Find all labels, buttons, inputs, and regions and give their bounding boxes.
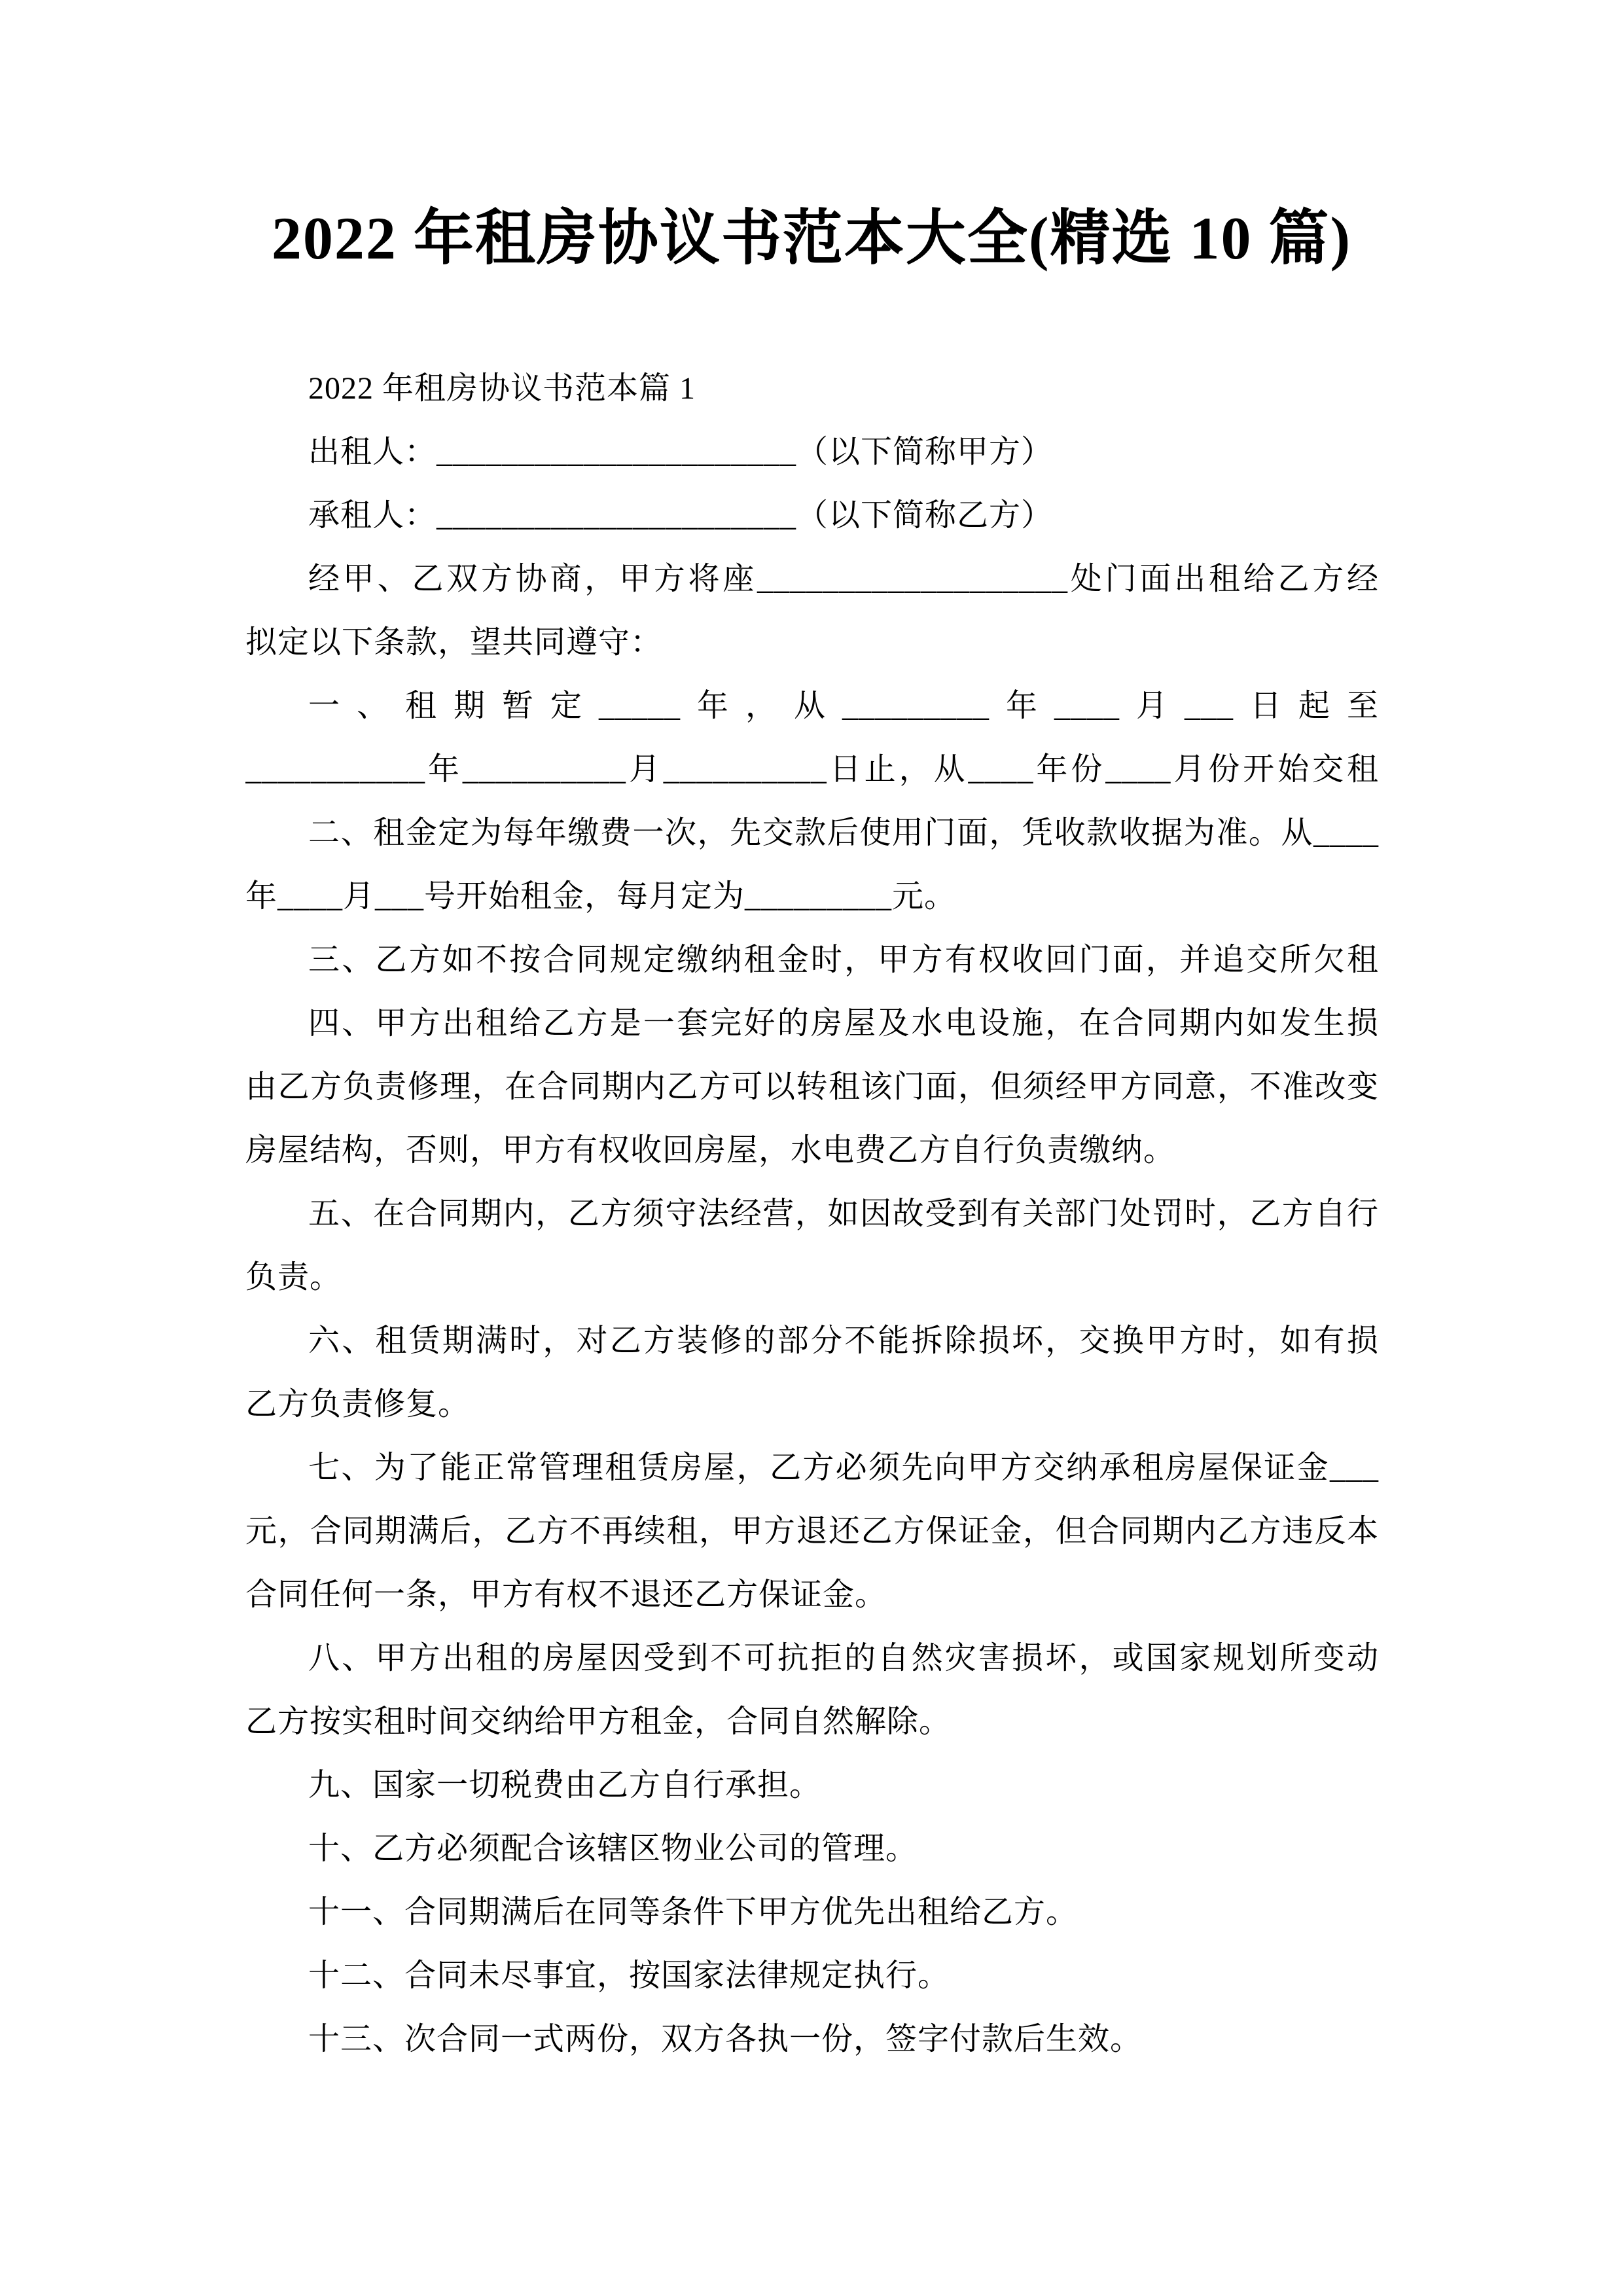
paragraph-line: 承租人：______________________（以下简称乙方）: [245, 484, 1379, 547]
paragraph-line: 由乙方负责修理，在合同期内乙方可以转租该门面，但须经甲方同意，不准改变: [245, 1055, 1379, 1119]
paragraph-line: 元，合同期满后，乙方不再续租，甲方退还乙方保证金，但合同期内乙方违反本: [245, 1499, 1379, 1563]
paragraph-line: 一、租期暂定_____年，从_________年____月___日起至: [245, 674, 1379, 738]
paragraph-line: 十、乙方必须配合该辖区物业公司的管理。: [245, 1817, 1379, 1880]
paragraph-line: 房屋结构，否则，甲方有权收回房屋，水电费乙方自行负责缴纳。: [245, 1119, 1379, 1182]
paragraph-line: 九、国家一切税费由乙方自行承担。: [245, 1753, 1379, 1817]
paragraph-line: 合同任何一条，甲方有权不退还乙方保证金。: [245, 1563, 1379, 1626]
document-body: 2022 年租房协议书范本篇 1出租人：____________________…: [245, 357, 1379, 2071]
paragraph-line: ___________年__________月__________日止，从___…: [245, 738, 1379, 801]
paragraph-line: 八、甲方出租的房屋因受到不可抗拒的自然灾害损坏，或国家规划所变动时，: [245, 1626, 1379, 1690]
paragraph-line: 四、甲方出租给乙方是一套完好的房屋及水电设施，在合同期内如发生损坏，: [245, 992, 1379, 1055]
paragraph-line: 乙方负责修复。: [245, 1372, 1379, 1436]
paragraph-line: 七、为了能正常管理租赁房屋，乙方必须先向甲方交纳承租房屋保证金___: [245, 1436, 1379, 1499]
paragraph-line: 乙方按实租时间交纳给甲方租金，合同自然解除。: [245, 1690, 1379, 1753]
paragraph-line: 2022 年租房协议书范本篇 1: [245, 357, 1379, 420]
paragraph-line: 十二、合同未尽事宜，按国家法律规定执行。: [245, 1944, 1379, 2007]
paragraph-line: 拟定以下条款，望共同遵守：: [245, 611, 1379, 674]
paragraph-line: 负责。: [245, 1246, 1379, 1309]
paragraph-line: 五、在合同期内，乙方须守法经营，如因故受到有关部门处罚时，乙方自行: [245, 1182, 1379, 1246]
paragraph-line: 二、租金定为每年缴费一次，先交款后使用门面，凭收款收据为准。从____: [245, 801, 1379, 865]
paragraph-line: 经甲、乙双方协商，甲方将座___________________处门面出租给乙方…: [245, 547, 1379, 611]
paragraph-line: 年____月___号开始租金，每月定为_________元。: [245, 865, 1379, 928]
paragraph-line: 三、乙方如不按合同规定缴纳租金时，甲方有权收回门面，并追交所欠租金。: [245, 928, 1379, 992]
document-page: 2022 年租房协议书范本大全(精选 10 篇) 2022 年租房协议书范本篇 …: [0, 0, 1623, 2296]
paragraph-line: 十三、次合同一式两份，双方各执一份，签字付款后生效。: [245, 2007, 1379, 2071]
paragraph-line: 出租人：______________________（以下简称甲方）: [245, 420, 1379, 484]
paragraph-line: 十一、合同期满后在同等条件下甲方优先出租给乙方。: [245, 1880, 1379, 1944]
paragraph-line: 六、租赁期满时，对乙方装修的部分不能拆除损坏，交换甲方时，如有损坏，: [245, 1309, 1379, 1372]
document-title: 2022 年租房协议书范本大全(精选 10 篇): [0, 204, 1623, 274]
